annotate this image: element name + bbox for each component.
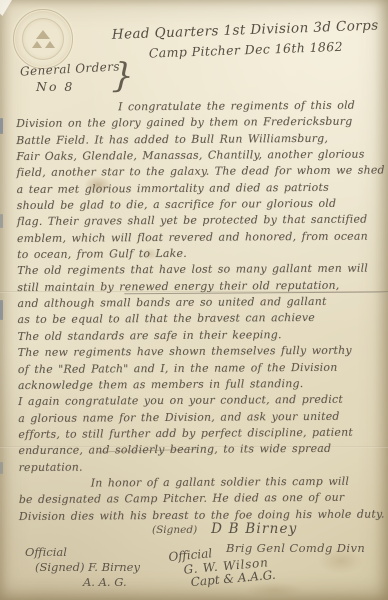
signature-name: D B Birney <box>211 521 297 537</box>
tent-icon <box>32 41 42 48</box>
tents-icon <box>32 30 55 48</box>
scanned-letter: Head Quarters 1st Division 3d Corps Camp… <box>0 0 388 600</box>
signed-label: (Signed) <box>152 524 197 536</box>
tent-icon <box>36 30 50 39</box>
attest-rank: A. A. G. <box>83 575 140 590</box>
order-number: No 8 <box>36 79 120 94</box>
attestation-center: Official G. W. Wilson Capt & A.A.G. <box>168 542 276 592</box>
brace-glyph: } <box>111 56 134 97</box>
letter-heading: Head Quarters 1st Division 3d Corps Camp… <box>108 17 383 62</box>
embossed-seal <box>13 9 73 69</box>
edge-artifact <box>0 462 3 474</box>
general-orders-block: General Orders No 8 } <box>20 62 120 94</box>
letter-body: I congratulate the regiments of this old… <box>16 97 388 525</box>
attestation-left: Official (Signed) F. Birney A. A. G. <box>25 545 140 590</box>
paper-tear-chip <box>0 0 12 16</box>
signature-row: (Signed) D B Birney <box>152 521 298 537</box>
edge-artifact <box>0 118 3 134</box>
attest-official-label: Official <box>25 545 140 560</box>
tent-row <box>32 41 55 48</box>
attest-signature: (Signed) F. Birney <box>35 560 140 575</box>
seal-inner-ring <box>22 18 64 60</box>
paper-stain <box>244 582 304 598</box>
tent-icon <box>45 41 55 48</box>
edge-artifact <box>0 300 3 320</box>
edge-artifact <box>0 214 3 228</box>
order-label: General Orders <box>20 59 121 78</box>
